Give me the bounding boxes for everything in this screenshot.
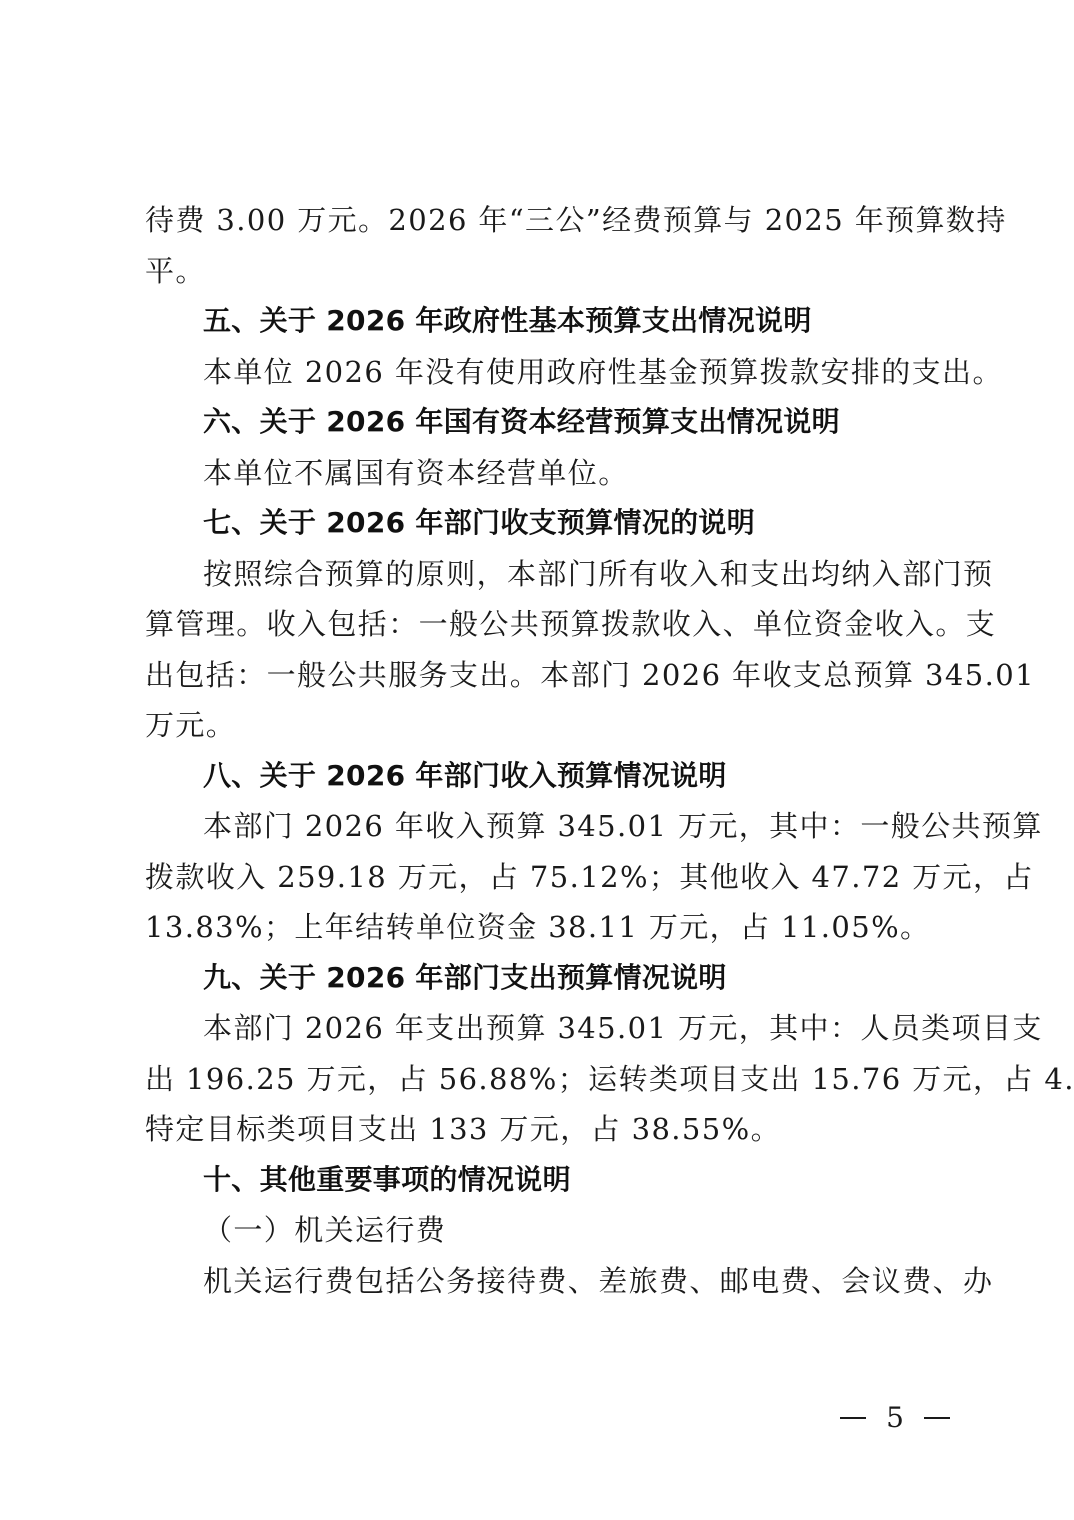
body-paragraph-7-line-1: 按照综合预算的原则，本部门所有收入和支出均纳入部门预 [145, 549, 945, 600]
section-heading-5: 五、关于 2026 年政府性基本预算支出情况说明 [145, 296, 945, 347]
section-heading-8: 八、关于 2026 年部门收入预算情况说明 [145, 751, 945, 802]
body-paragraph-8-line-1: 本部门 2026 年收入预算 345.01 万元，其中：一般公共预算 [145, 801, 945, 852]
page-number-value: 5 [886, 1398, 904, 1438]
body-line-continuation: 待费 3.00 万元。2026 年“三公”经费预算与 2025 年预算数持 [145, 195, 945, 246]
section-heading-9: 九、关于 2026 年部门支出预算情况说明 [145, 953, 945, 1004]
body-paragraph-5: 本单位 2026 年没有使用政府性基金预算拨款安排的支出。 [145, 347, 945, 398]
body-paragraph-9-line-1: 本部门 2026 年支出预算 345.01 万元，其中：人员类项目支 [145, 1003, 945, 1054]
page-number-right-dash [924, 1417, 950, 1419]
body-paragraph-9-line-2: 出 196.25 万元，占 56.88%；运转类项目支出 15.76 万元，占 … [145, 1054, 945, 1105]
section-heading-7: 七、关于 2026 年部门收支预算情况的说明 [145, 498, 945, 549]
body-paragraph-6: 本单位不属国有资本经营单位。 [145, 448, 945, 499]
page-number-left-dash [840, 1417, 866, 1419]
body-paragraph-8-line-3: 13.83%；上年结转单位资金 38.11 万元，占 11.05%。 [145, 902, 945, 953]
body-line-continuation: 平。 [145, 246, 945, 297]
body-paragraph-9-line-3: 特定目标类项目支出 133 万元，占 38.55%。 [145, 1104, 945, 1155]
sub-heading-1: （一）机关运行费 [145, 1205, 945, 1256]
section-heading-10: 十、其他重要事项的情况说明 [145, 1155, 945, 1206]
section-heading-6: 六、关于 2026 年国有资本经营预算支出情况说明 [145, 397, 945, 448]
body-paragraph-8-line-2: 拨款收入 259.18 万元，占 75.12%；其他收入 47.72 万元，占 [145, 852, 945, 903]
page-number: 5 [840, 1398, 950, 1438]
document-page: 待费 3.00 万元。2026 年“三公”经费预算与 2025 年预算数持 平。… [145, 195, 945, 1306]
body-paragraph-10-line-1: 机关运行费包括公务接待费、差旅费、邮电费、会议费、办 [145, 1256, 945, 1307]
body-paragraph-7-line-3: 出包括：一般公共服务支出。本部门 2026 年收支总预算 345.01 [145, 650, 945, 701]
body-paragraph-7-line-2: 算管理。收入包括：一般公共预算拨款收入、单位资金收入。支 [145, 599, 945, 650]
body-paragraph-7-line-4: 万元。 [145, 700, 945, 751]
